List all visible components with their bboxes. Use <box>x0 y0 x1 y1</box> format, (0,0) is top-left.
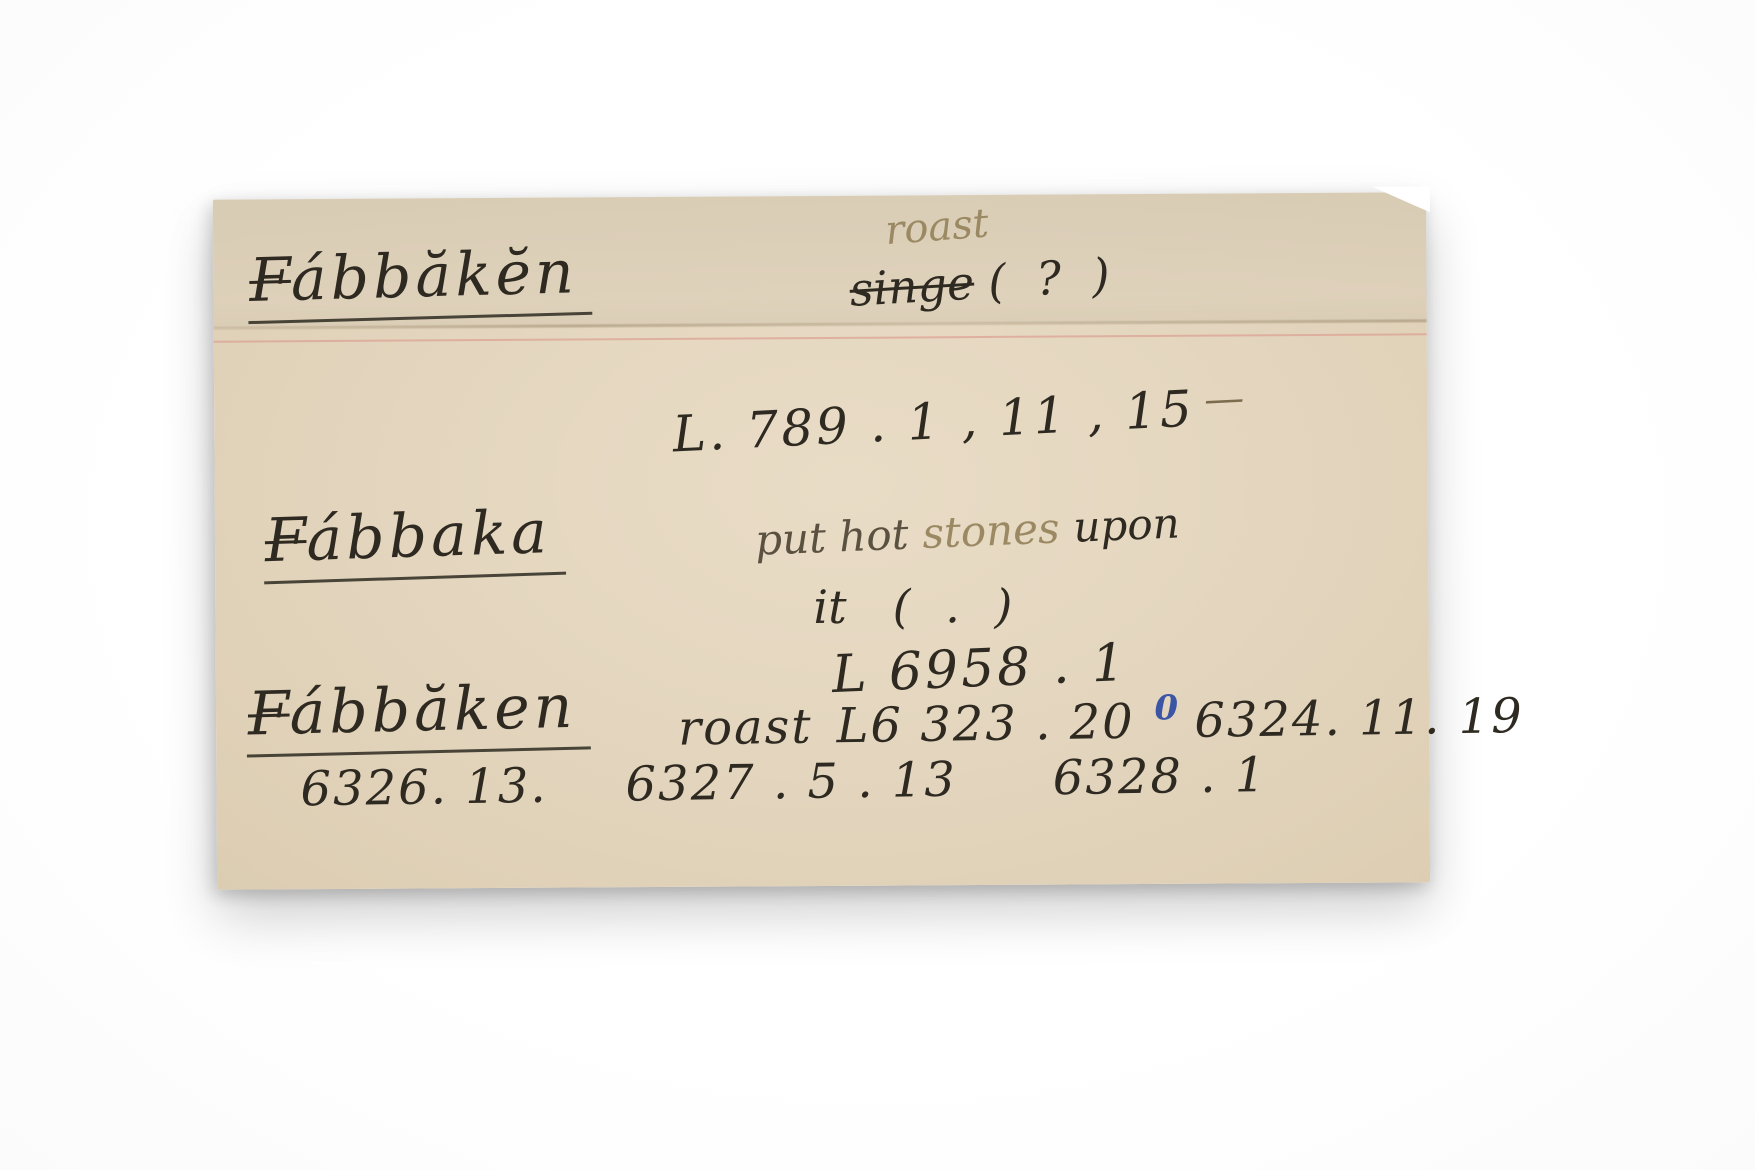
entry2-headword: Fábbaka <box>262 502 566 585</box>
entry2-gloss-paren-mark: ( . ) <box>892 579 1022 634</box>
entry1-headword: Fábbăkĕn <box>246 242 592 324</box>
entry2-reference: L 6958 . 1 <box>831 637 1129 701</box>
entry3-reference2: 6324. 11. 19 <box>1194 688 1524 749</box>
entry2-gloss-line2: it( . ) <box>813 583 1022 630</box>
entry3-headword-initial: F <box>247 679 290 750</box>
entry3-headword: Fábbăken <box>245 676 591 757</box>
reference-line: L. 789 . 1 , 11 , 15— <box>671 381 1248 460</box>
entry3-bottom-reference3: 6328 . 1 <box>1052 747 1267 806</box>
entry3-gloss-roast: roast <box>678 699 813 757</box>
entry3-blue-zero-mark: 0 <box>1154 688 1180 728</box>
index-card: Fábbăkĕn roast singe( ? ) L. 789 . 1 , 1… <box>213 192 1430 889</box>
entry2-headword-initial: F <box>264 505 308 576</box>
reference-line-dash: — <box>1203 375 1248 423</box>
entry3-reference-line: roastL6 323 . 2006324. 11. 19 <box>678 686 1524 753</box>
entry2-gloss-line1: put hotstonesupon <box>754 502 1180 561</box>
entry3-bottom-reference2: 6327 . 5 . 13 <box>625 752 957 813</box>
entry2-gloss-put-hot: put hot <box>754 510 909 565</box>
entry3-bottom-references: 6326. 13.6327 . 5 . 136328 . 1 <box>300 751 1267 813</box>
entry3-headword-rest: ábbăken <box>289 672 577 749</box>
entry2-gloss-stones: stones <box>921 503 1060 558</box>
entry2-gloss-it: it <box>813 580 847 634</box>
entry2-gloss-upon: upon <box>1072 498 1180 551</box>
entry3-bottom-reference1: 6326. 13. <box>300 758 548 818</box>
entry1-headword-initial: F <box>248 245 291 316</box>
pink-ruled-line <box>214 333 1427 342</box>
entry1-gloss-roast: roast <box>884 203 990 251</box>
entry2-headword-rest: ábbaka <box>305 497 552 575</box>
entry1-gloss-query-mark: ( ? ) <box>986 247 1119 308</box>
entry1-gloss-struck: singe <box>848 256 976 317</box>
reference-line-text: L. 789 . 1 , 11 , 15 <box>671 380 1196 464</box>
entry3-reference1: L6 323 . 20 <box>836 694 1135 754</box>
card-photograph: Fábbăkĕn roast singe( ? ) L. 789 . 1 , 1… <box>0 0 1755 1170</box>
corner-fold <box>1372 186 1430 212</box>
entry1-headword-rest: ábbăkĕn <box>290 237 579 315</box>
